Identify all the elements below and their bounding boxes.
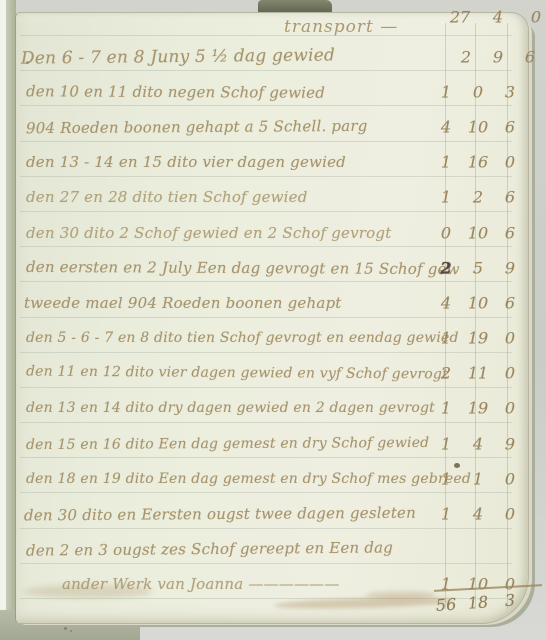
transport-label: transport — <box>284 17 398 37</box>
entry-description: den 5 - 6 - 7 en 8 dito tien Schof gevro… <box>26 330 459 346</box>
entry-amounts: 1 4 9 <box>432 434 524 453</box>
amount-col1: 1 <box>432 505 460 524</box>
ink-speck <box>70 630 72 632</box>
ledger-row: den 30 dito 2 Schof gewied en 2 Schof ge… <box>16 215 528 250</box>
ledger: transport — 27 4 0 Den 6 - 7 en 8 Juny 5… <box>16 19 528 602</box>
amount-col2: 11 <box>464 364 492 383</box>
amount-col3: 9 <box>496 434 524 453</box>
transport-amounts: 27 4 0 <box>446 8 546 27</box>
ledger-row: 904 Roeden boonen gehapt a 5 Schell. par… <box>16 109 528 144</box>
amount-col3: 6 <box>516 47 544 66</box>
amount-col3: 9 <box>496 258 524 277</box>
amount-col2: 9 <box>484 47 512 66</box>
ledger-row: den 10 en 11 dito negen Schof gewied 1 0… <box>16 74 528 109</box>
ledger-row: tweede mael 904 Roeden boonen gehapt 4 1… <box>16 285 528 320</box>
amount-col3: 0 <box>496 469 524 488</box>
amount-col1: 4 <box>432 293 460 312</box>
amount-col3: 0 <box>496 505 524 524</box>
ledger-row: den 2 en 3 ougst zes Schof gereept en Ee… <box>16 532 528 567</box>
ledger-row: den 30 dito en Eersten ougst twee dagen … <box>16 496 528 531</box>
entry-description: Den 6 - 7 en 8 Juny 5 ½ dag gewied <box>21 45 335 68</box>
amount-col2: 1 <box>464 469 492 488</box>
total-col1: 56 <box>431 594 460 615</box>
amount-col1: 1 <box>432 434 460 453</box>
amount-col3: 3 <box>496 82 524 101</box>
entry-amounts: 2 11 0 <box>432 364 524 383</box>
amount-col3: 0 <box>496 364 524 383</box>
ledger-row: den 27 en 28 dito tien Schof gewied 1 2 … <box>16 180 528 215</box>
amount-col3: 0 <box>522 8 546 27</box>
amount-col2: 4 <box>464 505 492 524</box>
ledger-row: den eersten en 2 July Een dag gevrogt en… <box>16 250 528 285</box>
entry-description: den 30 dito en Eersten ougst twee dagen … <box>24 504 416 525</box>
ledger-row: den 5 - 6 - 7 en 8 dito tien Schof gevro… <box>16 321 528 356</box>
entry-description: den 27 en 28 dito tien Schof gewied <box>26 188 308 206</box>
entry-amounts: 1 1 0 <box>432 469 524 488</box>
amount-col1: 1 <box>432 469 460 488</box>
entry-description: den 30 dito 2 Schof gewied en 2 Schof ge… <box>26 224 391 242</box>
transport-row: transport — 27 4 0 <box>16 19 528 39</box>
ledger-row: Den 6 - 7 en 8 Juny 5 ½ dag gewied 2 9 6 <box>16 39 528 74</box>
amount-col3: 0 <box>496 399 524 418</box>
entry-amounts: 0 10 6 <box>432 223 524 242</box>
amount-col3: 6 <box>496 293 524 312</box>
amount-col2: 10 <box>464 293 492 312</box>
entry-amounts: 4 10 6 <box>432 293 524 312</box>
entry-description: den 10 en 11 dito negen Schof gewied <box>26 82 325 102</box>
amount-col2: 10 <box>464 575 492 594</box>
ink-speck <box>26 61 29 64</box>
amount-col2: 19 <box>464 329 492 348</box>
amount-col2: 16 <box>464 153 492 172</box>
entry-amounts: 1 4 0 <box>432 505 524 524</box>
entry-description: den eersten en 2 July Een dag gevrogt en… <box>26 258 460 278</box>
entry-amounts: 2 5 9 <box>432 258 524 277</box>
ledger-rows: Den 6 - 7 en 8 Juny 5 ½ dag gewied 2 9 6… <box>16 39 528 602</box>
entry-description: tweede mael 904 Roeden boonen gehapt <box>24 294 342 312</box>
entry-amounts: 2 9 6 <box>452 47 544 66</box>
entry-amounts: 1 0 3 <box>432 82 524 101</box>
entry-description: den 2 en 3 ougst zes Schof gereept en Ee… <box>26 539 393 560</box>
amount-col1: 4 <box>432 117 460 136</box>
amount-col2: 0 <box>464 82 492 101</box>
amount-col3: 6 <box>496 188 524 207</box>
amount-col3: 0 <box>496 329 524 348</box>
amount-col3: 6 <box>496 117 524 136</box>
amount-col1: 1 <box>432 188 460 207</box>
ledger-row: den 13 - 14 en 15 dito vier dagen gewied… <box>16 145 528 180</box>
entry-amounts: 1 19 0 <box>432 399 524 418</box>
amount-col1: 2 <box>452 47 480 66</box>
amount-col2: 5 <box>464 258 492 277</box>
entry-amounts: 1 2 6 <box>432 188 524 207</box>
amount-col1: 0 <box>432 223 460 242</box>
ledger-row: den 11 en 12 dito vier dagen gewied en v… <box>16 356 528 391</box>
amount-col2: 19 <box>464 399 492 418</box>
total-col3: 3 <box>495 590 524 611</box>
entry-description: den 18 en 19 dito Een dag gemest en dry … <box>26 471 471 487</box>
amount-col1: 2 <box>432 364 460 383</box>
amount-col1: 2 <box>432 258 460 277</box>
ink-speck <box>64 627 67 630</box>
entry-amounts: 4 10 6 <box>432 117 524 136</box>
amount-col1: 1 <box>432 399 460 418</box>
entry-description: den 11 en 12 dito vier dagen gewied en v… <box>26 364 448 383</box>
entry-amounts: 1 16 0 <box>432 153 524 172</box>
ledger-row: den 13 en 14 dito dry dagen gewied en 2 … <box>16 391 528 426</box>
amount-col2: 10 <box>464 223 492 242</box>
ledger-row: den 15 en 16 dito Een dag gemest en dry … <box>16 426 528 461</box>
amount-col3: 0 <box>496 153 524 172</box>
amount-col2: 4 <box>484 8 512 27</box>
entry-description: den 15 en 16 dito Een dag gemest en dry … <box>26 435 429 453</box>
total-col2: 18 <box>463 592 492 613</box>
ink-speck <box>454 463 460 468</box>
entry-description: den 13 - 14 en 15 dito vier dagen gewied <box>26 153 346 171</box>
amount-col1: 1 <box>432 82 460 101</box>
entry-description: den 13 en 14 dito dry dagen gewied en 2 … <box>26 400 435 416</box>
amount-col1: 1 <box>432 153 460 172</box>
entry-description: ander Werk van Joanna —————— <box>62 575 340 593</box>
amount-col2: 4 <box>464 434 492 453</box>
amount-col1: 27 <box>446 8 474 27</box>
amount-col2: 2 <box>464 188 492 207</box>
amount-col1: 1 <box>432 329 460 348</box>
manuscript-page: transport — 27 4 0 Den 6 - 7 en 8 Juny 5… <box>15 12 529 624</box>
amount-col3: 6 <box>496 223 524 242</box>
amount-col2: 10 <box>464 117 492 136</box>
entry-description: 904 Roeden boonen gehapt a 5 Schell. par… <box>26 117 368 137</box>
entry-amounts: 1 19 0 <box>432 329 524 348</box>
ledger-row: den 18 en 19 dito Een dag gemest en dry … <box>16 461 528 496</box>
